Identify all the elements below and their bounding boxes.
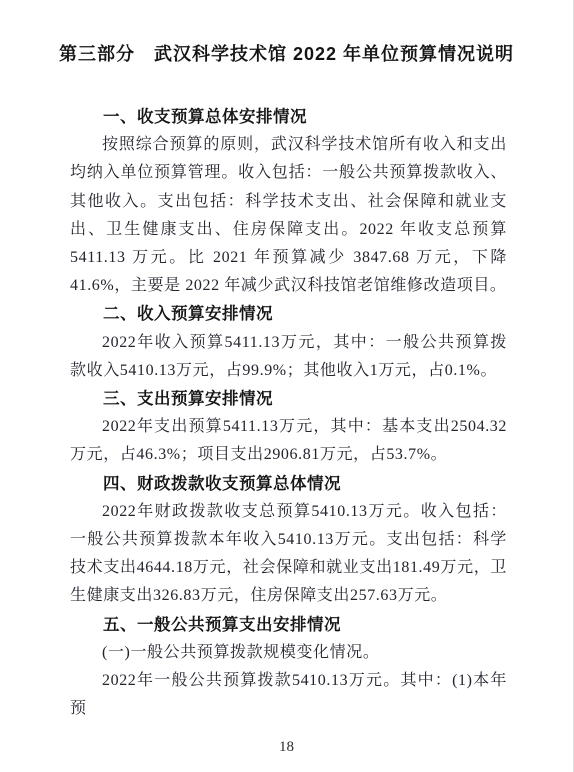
paragraph: 按照综合预算的原则，武汉科学技术馆所有收入和支出均纳入单位预算管理。收入包括：一… [70, 131, 507, 300]
paragraph: (一)一般公共预算拨款规模变化情况。 [70, 639, 507, 667]
document-page: 第三部分 武汉科学技术馆 2022 年单位预算情况说明 一、收支预算总体安排情况… [0, 0, 574, 772]
page-title: 第三部分 武汉科学技术馆 2022 年单位预算情况说明 [20, 42, 553, 66]
paragraph: 2022年支出预算5411.13万元，其中：基本支出2504.32万元，占46.… [70, 413, 507, 469]
section-heading: 三、支出预算安排情况 [70, 385, 507, 413]
paragraph: 2022年一般公共预算拨款5410.13万元。其中：(1)本年预 [70, 667, 507, 723]
paragraph: 2022年收入预算5411.13万元，其中：一般公共预算拨款收入5410.13万… [70, 329, 507, 385]
section-heading: 五、一般公共预算支出安排情况 [70, 611, 507, 639]
section-heading: 四、财政拨款收支预算总体情况 [70, 470, 507, 498]
paragraph: 2022年财政拨款收支总预算5410.13万元。收入包括：一般公共预算拨款本年收… [70, 498, 507, 611]
section-heading: 二、收入预算安排情况 [70, 300, 507, 328]
page-number: 18 [0, 739, 573, 756]
section-heading: 一、收支预算总体安排情况 [70, 103, 507, 131]
document-body: 一、收支预算总体安排情况按照综合预算的原则，武汉科学技术馆所有收入和支出均纳入单… [70, 103, 507, 723]
